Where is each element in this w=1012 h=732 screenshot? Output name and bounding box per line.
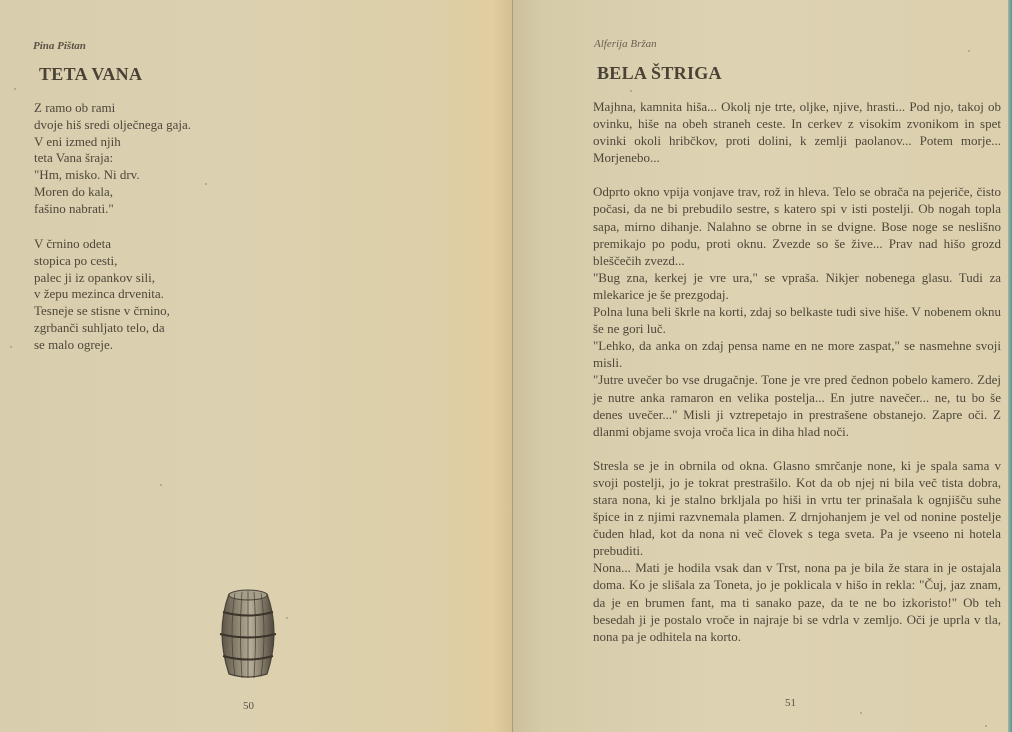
book-spread: Pina Pištan TETA VANA Z ramo ob rami dvo… (0, 0, 1012, 732)
story-paragraph: "Jutre uvečer bo vse drugačnje. Tone je … (593, 371, 1001, 439)
story-paragraph: Majhna, kamnita hiša... Okolį nje trte, … (593, 98, 1001, 166)
poem-line: V črnino odeta (34, 236, 170, 253)
poem-line: Tesneje se stisne v črnino, (34, 303, 170, 320)
left-page-number: 50 (243, 700, 254, 712)
right-page-number: 51 (785, 697, 796, 709)
paper-speck (205, 183, 207, 185)
paper-speck (630, 90, 632, 92)
right-running-head-author: Alferija Bržan (594, 38, 657, 50)
story-paragraph: "Lehko, da anka on zdaj pensa name en ne… (593, 337, 1001, 371)
paper-speck (160, 484, 162, 486)
poem-line: teta Vana šraja: (34, 150, 191, 167)
paper-speck (10, 346, 12, 348)
poem-line: fašino nabrati." (34, 201, 191, 218)
poem-line: "Hm, misko. Ni drv. (34, 167, 191, 184)
story-body: Majhna, kamnita hiša... Okolį nje trte, … (593, 98, 1001, 645)
left-page: Pina Pištan TETA VANA Z ramo ob rami dvo… (0, 0, 513, 732)
left-poem-title: TETA VANA (39, 64, 142, 85)
poem-line: V eni izmed njih (34, 134, 191, 151)
story-paragraph: "Bug zna, kerkej je vre ura," se vpraša.… (593, 269, 1001, 303)
poem-stanza-1: Z ramo ob rami dvoje hiš sredi olječnega… (34, 100, 191, 218)
poem-line: palec ji iz opankov sili, (34, 270, 170, 287)
paper-speck (14, 88, 16, 90)
scan-edge-strip (1008, 0, 1012, 732)
poem-line: stopica po cesti, (34, 253, 170, 270)
paper-speck (286, 617, 288, 619)
poem-line: dvoje hiš sredi olječnega gaja. (34, 117, 191, 134)
poem-line: Z ramo ob rami (34, 100, 191, 117)
story-paragraph: Odprto okno vpija vonjave trav, rož in h… (593, 183, 1001, 268)
barrel-illustration (215, 588, 281, 680)
story-paragraph: Stresla se je in obrnila od okna. Glasno… (593, 457, 1001, 560)
paper-speck (860, 712, 862, 714)
paper-speck (968, 50, 970, 52)
paper-speck (985, 725, 987, 727)
poem-line: se malo ogreje. (34, 337, 170, 354)
poem-line: v žepu mezinca drvenita. (34, 286, 170, 303)
poem-line: Moren do kala, (34, 184, 191, 201)
story-paragraph: Nona... Mati je hodila vsak dan v Trst, … (593, 559, 1001, 644)
right-story-title: BELA ŠTRIGA (597, 63, 722, 84)
left-running-head-author: Pina Pištan (33, 40, 86, 52)
story-paragraph: Polna luna beli škrle na korti, zdaj so … (593, 303, 1001, 337)
poem-stanza-2: V črnino odeta stopica po cesti, palec j… (34, 236, 170, 354)
poem-line: zgrbanči suhljato telo, da (34, 320, 170, 337)
